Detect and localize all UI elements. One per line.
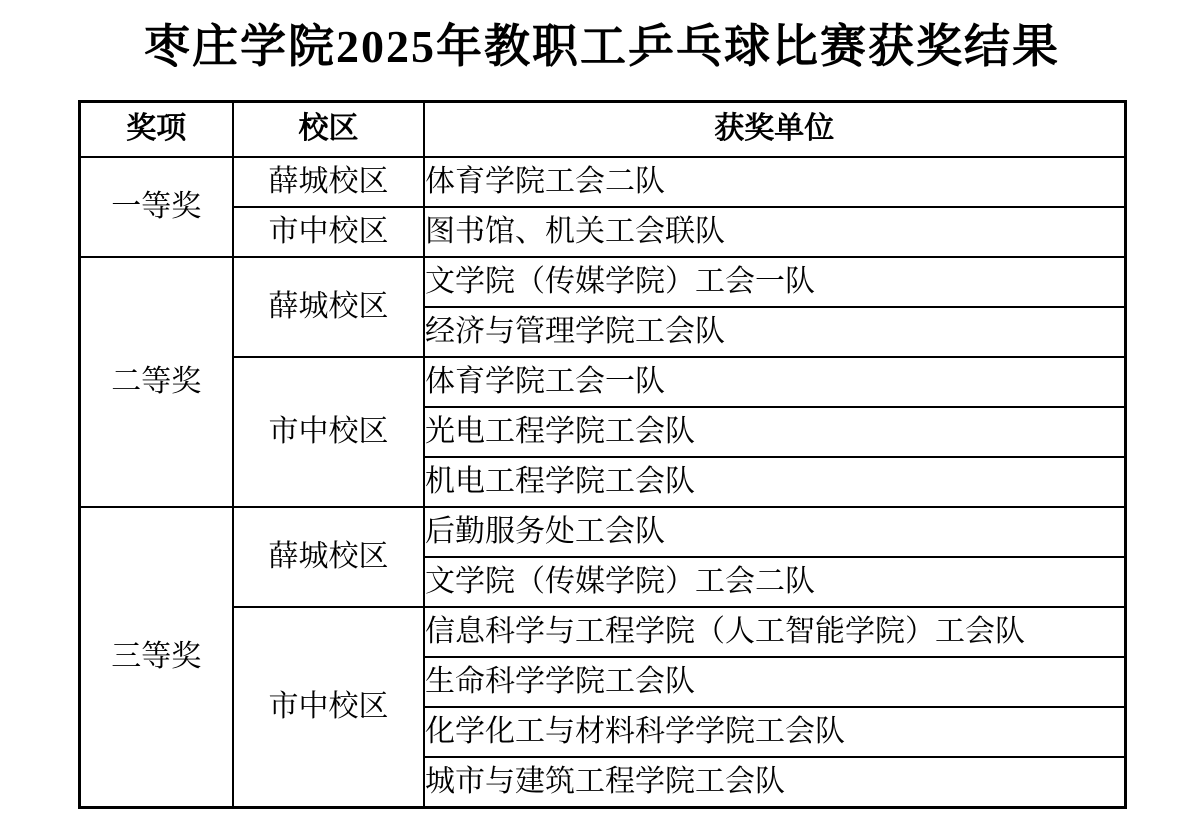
unit-cell: 文学院（传媒学院）工会一队 <box>424 257 1125 307</box>
table-row: 二等奖 薛城校区 文学院（传媒学院）工会一队 <box>79 257 1125 307</box>
campus-cell: 市中校区 <box>233 357 424 507</box>
header-campus: 校区 <box>233 101 424 157</box>
header-row: 奖项 校区 获奖单位 <box>79 101 1125 157</box>
campus-cell: 薛城校区 <box>233 257 424 357</box>
unit-cell: 光电工程学院工会队 <box>424 407 1125 457</box>
award-cell-second-prize: 二等奖 <box>79 257 233 507</box>
unit-cell: 化学化工与材料科学学院工会队 <box>424 707 1125 757</box>
unit-cell: 经济与管理学院工会队 <box>424 307 1125 357</box>
campus-cell: 市中校区 <box>233 207 424 257</box>
unit-cell: 后勤服务处工会队 <box>424 507 1125 557</box>
document-page: 枣庄学院2025年教职工乒乓球比赛获奖结果 奖项 校区 获奖单位 一等奖 薛城校… <box>0 0 1204 830</box>
unit-cell: 信息科学与工程学院（人工智能学院）工会队 <box>424 607 1125 657</box>
header-unit: 获奖单位 <box>424 101 1125 157</box>
campus-cell: 薛城校区 <box>233 157 424 207</box>
unit-cell: 文学院（传媒学院）工会二队 <box>424 557 1125 607</box>
campus-cell: 薛城校区 <box>233 507 424 607</box>
award-cell-first-prize: 一等奖 <box>79 157 233 257</box>
table-row: 市中校区 体育学院工会一队 <box>79 357 1125 407</box>
table-row: 三等奖 薛城校区 后勤服务处工会队 <box>79 507 1125 557</box>
unit-cell: 体育学院工会二队 <box>424 157 1125 207</box>
award-cell-third-prize: 三等奖 <box>79 507 233 807</box>
header-award: 奖项 <box>79 101 233 157</box>
table-row: 市中校区 信息科学与工程学院（人工智能学院）工会队 <box>79 607 1125 657</box>
unit-cell: 机电工程学院工会队 <box>424 457 1125 507</box>
awards-table: 奖项 校区 获奖单位 一等奖 薛城校区 体育学院工会二队 市中校区 图书馆、机关… <box>78 100 1127 809</box>
table-row: 市中校区 图书馆、机关工会联队 <box>79 207 1125 257</box>
page-title: 枣庄学院2025年教职工乒乓球比赛获奖结果 <box>0 0 1204 73</box>
campus-cell: 市中校区 <box>233 607 424 807</box>
table-row: 一等奖 薛城校区 体育学院工会二队 <box>79 157 1125 207</box>
unit-cell: 图书馆、机关工会联队 <box>424 207 1125 257</box>
unit-cell: 城市与建筑工程学院工会队 <box>424 757 1125 807</box>
unit-cell: 体育学院工会一队 <box>424 357 1125 407</box>
unit-cell: 生命科学学院工会队 <box>424 657 1125 707</box>
